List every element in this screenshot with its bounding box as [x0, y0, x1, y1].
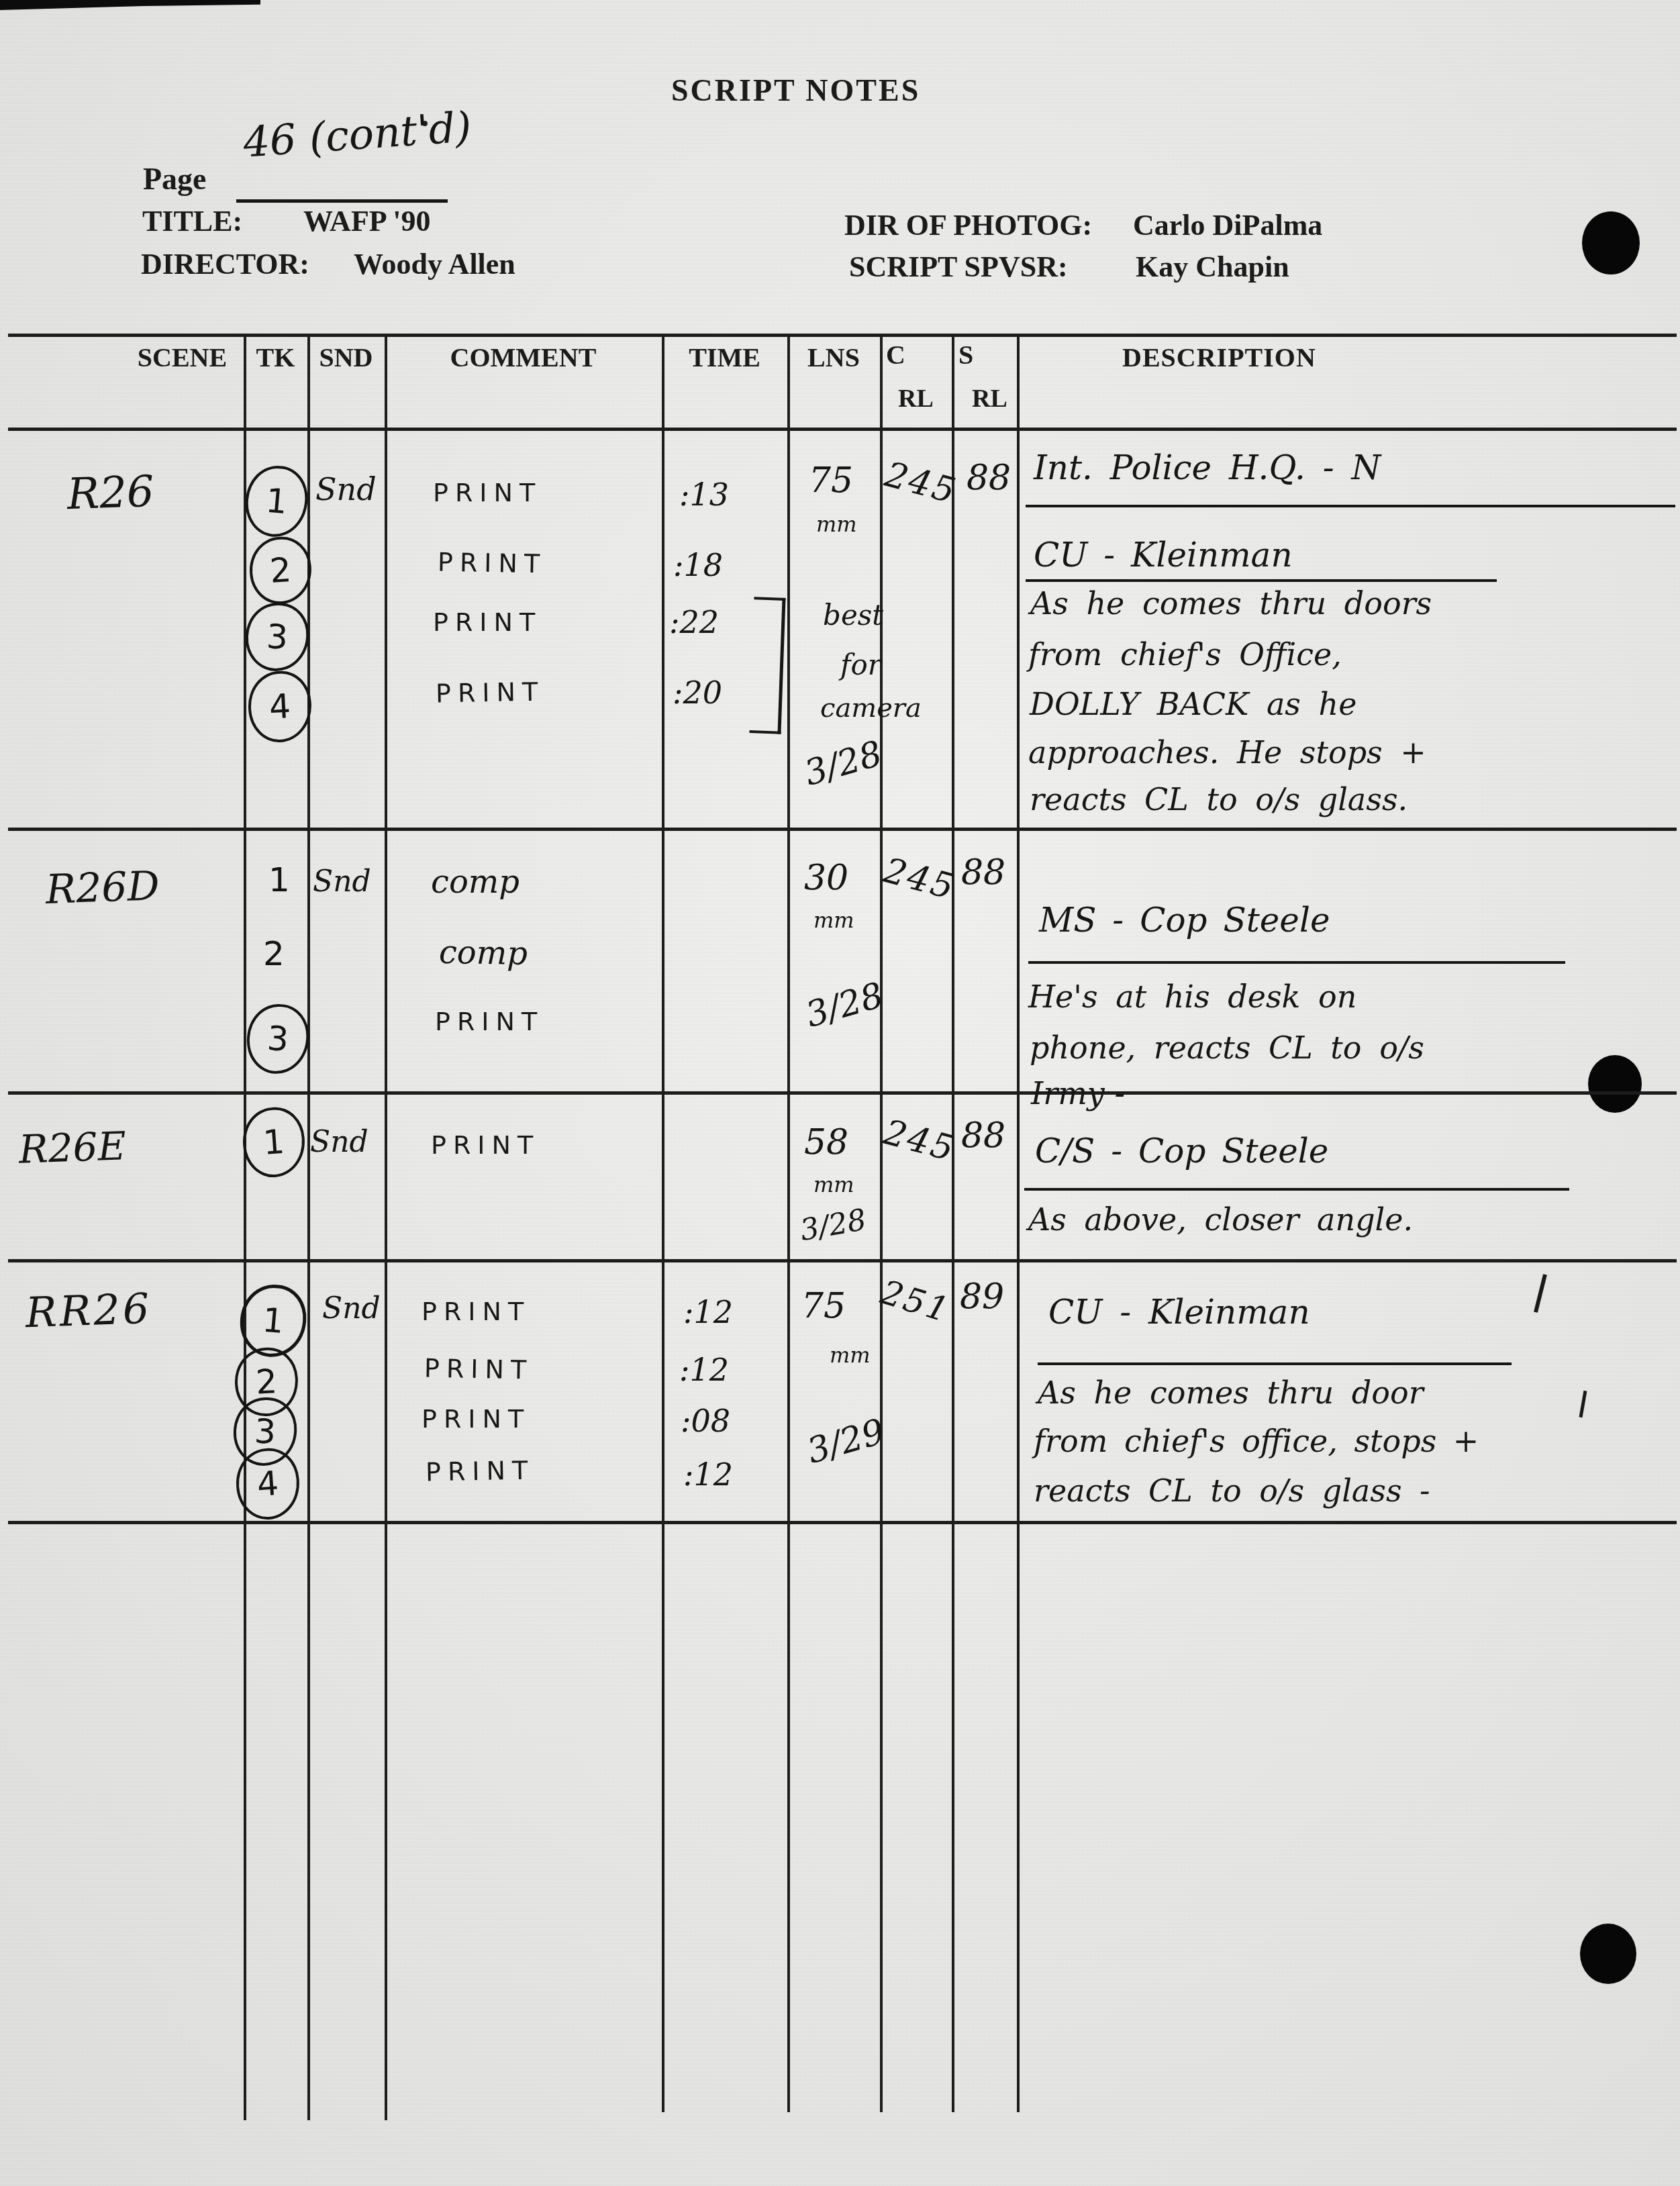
time-bracket	[749, 597, 785, 734]
lens-value: 30	[804, 858, 848, 898]
take-comment: PRINT	[422, 1404, 530, 1434]
description-shot: C/S - Cop Steele	[1035, 1132, 1328, 1171]
take-comment: PRINT	[424, 1354, 534, 1385]
lens-unit: mm	[830, 1342, 871, 1368]
description-line: phone, reacts CL to o/s	[1030, 1030, 1424, 1066]
description-slug: Int. Police H.Q. - N	[1034, 448, 1381, 487]
lens-value: 75	[801, 1286, 846, 1326]
description-line: Irmy -	[1031, 1075, 1125, 1111]
director-value: Woody Allen	[354, 247, 515, 281]
take-comment: PRINT	[436, 677, 545, 709]
sound-roll-value: 89	[960, 1277, 1004, 1317]
shot-underline	[1028, 961, 1565, 964]
take-time: :12	[683, 1294, 733, 1330]
shoot-date: 3/29	[803, 1411, 889, 1472]
sound-roll-value: 88	[967, 458, 1011, 498]
take-time: :18	[673, 547, 723, 583]
camera-roll-value: 245	[879, 850, 960, 908]
description-line: reacts CL to o/s glass.	[1030, 781, 1407, 817]
page-label: Page	[143, 161, 207, 197]
column-header-camera-roll: C	[886, 339, 905, 370]
photog-label: DIR OF PHOTOG:	[844, 208, 1092, 242]
column-header-snd: SND	[307, 342, 385, 373]
take-comment: PRINT	[433, 607, 542, 637]
description-line: As he comes thru door	[1038, 1375, 1424, 1411]
take-number: 1	[261, 1301, 286, 1342]
column-header-sound-roll: S	[958, 339, 973, 370]
take-time: :20	[673, 675, 722, 711]
take-number: 1	[268, 860, 290, 899]
page-underline	[236, 199, 448, 203]
lens-unit: mm	[813, 1172, 854, 1197]
scene-number: R26D	[45, 862, 160, 913]
spvsr-value: Kay Chapin	[1136, 250, 1289, 284]
sound-flag: Snd	[322, 1291, 381, 1326]
column-divider	[787, 334, 790, 2112]
table-top-rule	[8, 334, 1677, 337]
camera-roll-value: 245	[879, 1112, 960, 1170]
take-comment: PRINT	[438, 548, 547, 579]
bracket-note: camera	[820, 693, 922, 724]
pen-stray-mark	[1579, 1391, 1587, 1418]
hole-punch	[1588, 1055, 1642, 1113]
title-value: WAFP '90	[303, 204, 430, 238]
take-circle: 2	[248, 535, 314, 606]
take-circle: 1	[240, 1105, 307, 1179]
sound-roll-value: 88	[961, 852, 1005, 893]
column-header-description: DESCRIPTION	[1122, 342, 1316, 373]
take-time: :13	[679, 477, 729, 513]
sound-flag: Snd	[310, 1125, 368, 1159]
row-divider	[8, 1091, 1677, 1095]
lens-value: 58	[804, 1122, 848, 1162]
take-circle: 1	[243, 463, 311, 540]
description-shot: MS - Cop Steele	[1039, 901, 1330, 940]
take-number: 3	[266, 1019, 290, 1059]
slug-underline	[1026, 505, 1675, 507]
column-divider	[244, 334, 246, 2120]
description-line: DOLLY BACK as he	[1030, 686, 1356, 722]
column-header-scene: SCENE	[121, 342, 244, 373]
row-divider	[8, 1259, 1677, 1262]
director-label: DIRECTOR:	[141, 247, 309, 281]
column-divider	[385, 334, 387, 2120]
description-shot: CU - Kleinman	[1034, 536, 1293, 575]
row-divider	[8, 1521, 1677, 1524]
take-comment: PRINT	[422, 1297, 530, 1326]
page-number-handwritten: 46 (cont'd)	[242, 102, 473, 167]
column-divider	[952, 334, 954, 2112]
lens-unit: mm	[816, 511, 857, 537]
photog-value: Carlo DiPalma	[1133, 208, 1322, 242]
column-divider	[1017, 334, 1020, 2112]
shot-underline	[1024, 1188, 1569, 1191]
shoot-date: 3/28	[797, 1203, 869, 1248]
column-header-comment: COMMENT	[385, 342, 662, 373]
scan-edge-bar	[0, 0, 260, 10]
title-label: TITLE:	[142, 204, 242, 238]
pen-stray-mark	[1534, 1274, 1547, 1313]
row-divider	[8, 828, 1677, 831]
description-line: approaches. He stops +	[1028, 734, 1426, 771]
take-time: :08	[681, 1403, 730, 1439]
take-number: 2	[268, 550, 293, 591]
take-time: :12	[683, 1456, 733, 1493]
column-header-tk: TK	[244, 342, 307, 373]
take-time: :12	[679, 1352, 729, 1388]
hole-punch	[1580, 1924, 1636, 1984]
sound-flag: Snd	[313, 864, 371, 899]
sound-flag: Snd	[315, 471, 377, 507]
shot-underline	[1026, 579, 1497, 582]
form-title: SCRIPT NOTES	[671, 72, 920, 108]
description-shot: CU - Kleinman	[1048, 1293, 1310, 1332]
description-line: from chief's Office,	[1028, 636, 1342, 673]
script-notes-scan: SCRIPT NOTES Page 46 (cont'd) TITLE: WAF…	[0, 0, 1680, 2186]
lens-value: 75	[809, 460, 853, 501]
scene-number: R26E	[18, 1123, 127, 1173]
column-header-sound-roll-sub: RL	[972, 384, 1007, 413]
column-divider	[662, 334, 664, 2112]
shoot-date: 3/28	[800, 734, 887, 794]
scene-number: RR26	[25, 1284, 153, 1338]
sound-roll-value: 88	[961, 1115, 1005, 1156]
take-number: 2	[263, 934, 285, 973]
lens-unit: mm	[813, 907, 854, 933]
scene-number: R26	[66, 467, 155, 519]
camera-roll-value: 245	[881, 454, 961, 512]
take-number: 3	[254, 1411, 277, 1452]
take-time: :22	[669, 604, 719, 640]
take-comment: PRINT	[433, 478, 542, 507]
take-comment: PRINT	[426, 1456, 535, 1487]
take-number: 1	[264, 481, 289, 522]
take-comment: comp	[431, 863, 520, 901]
column-header-camera-roll-sub: RL	[898, 384, 934, 413]
description-line: from chief's office, stops +	[1034, 1423, 1479, 1459]
shoot-date: 3/28	[801, 975, 888, 1036]
take-comment: PRINT	[431, 1130, 540, 1160]
column-divider	[307, 334, 310, 2120]
take-circle: 4	[246, 670, 313, 744]
description-line: As he comes thru doors	[1030, 585, 1432, 622]
camera-roll-value: 251	[877, 1273, 955, 1330]
hole-punch	[1582, 211, 1640, 275]
take-circle: 3	[244, 1002, 311, 1076]
column-header-time: TIME	[662, 342, 787, 373]
description-line: He's at his desk on	[1028, 979, 1356, 1015]
take-number: 2	[255, 1362, 279, 1402]
take-number: 3	[266, 617, 289, 657]
header-bottom-rule	[8, 428, 1677, 431]
take-circle: 3	[244, 601, 310, 673]
take-number: 4	[256, 1464, 280, 1504]
description-line: reacts CL to o/s glass -	[1034, 1473, 1430, 1509]
take-number: 1	[262, 1122, 286, 1162]
take-comment: comp	[439, 934, 528, 973]
bracket-note: for	[840, 648, 881, 681]
take-comment: PRINT	[435, 1007, 544, 1036]
spvsr-label: SCRIPT SPVSR:	[849, 250, 1068, 284]
shot-underline	[1038, 1362, 1512, 1365]
column-header-lns: LNS	[787, 342, 880, 373]
description-line: As above, closer angle.	[1028, 1201, 1413, 1238]
take-number: 4	[268, 687, 292, 727]
bracket-note: best	[823, 599, 883, 632]
